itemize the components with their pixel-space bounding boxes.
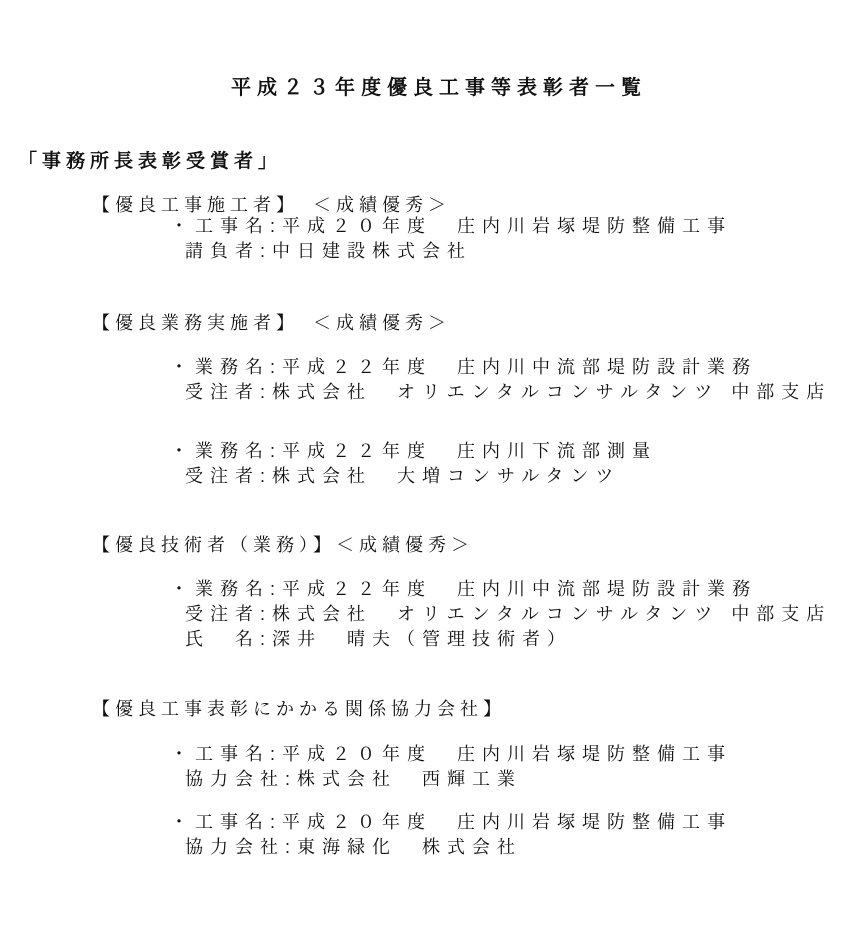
entry-line: 受注者:株式会社 オリエンタルコンサルタンツ 中部支店 — [170, 602, 831, 627]
document-subtitle: 「事務所長表彰受賞者」 — [18, 146, 282, 173]
entry-line: ・工事名:平成２０年度 庄内川岩塚堤防整備工事 — [170, 810, 732, 835]
entry-line: ・工事名:平成２０年度 庄内川岩塚堤防整備工事 — [170, 214, 732, 239]
entry-line: ・業務名:平成２２年度 庄内川中流部堤防設計業務 — [170, 577, 831, 602]
entry-line: 協力会社:株式会社 西輝工業 — [170, 767, 732, 792]
award-entry: ・工事名:平成２０年度 庄内川岩塚堤防整備工事 協力会社:株式会社 西輝工業 — [170, 742, 732, 792]
award-entry: ・業務名:平成２２年度 庄内川中流部堤防設計業務 受注者:株式会社 オリエンタル… — [170, 355, 831, 405]
entry-line: ・工事名:平成２０年度 庄内川岩塚堤防整備工事 — [170, 742, 732, 767]
section-heading-excellent-engineer: 【優良技術者（業務）】＜成績優秀＞ — [92, 531, 474, 557]
award-entry: ・工事名:平成２０年度 庄内川岩塚堤防整備工事 協力会社:東海緑化 株式会社 — [170, 810, 732, 860]
document-page: 平成２３年度優良工事等表彰者一覧 「事務所長表彰受賞者」 【優良工事施工者】 ＜… — [0, 0, 850, 932]
entry-line: 協力会社:東海緑化 株式会社 — [170, 835, 732, 860]
page-title: 平成２３年度優良工事等表彰者一覧 — [0, 71, 850, 100]
award-entry: ・工事名:平成２０年度 庄内川岩塚堤防整備工事 請負者:中日建設株式会社 — [170, 214, 732, 264]
entry-line: ・業務名:平成２２年度 庄内川中流部堤防設計業務 — [170, 355, 831, 380]
section-heading-partner-companies: 【優良工事表彰にかかる関係協力会社】 — [92, 695, 506, 721]
section-heading-excellent-service-provider: 【優良業務実施者】 ＜成績優秀＞ — [92, 309, 451, 335]
entry-line: 受注者:株式会社 オリエンタルコンサルタンツ 中部支店 — [170, 380, 831, 405]
entry-line: 請負者:中日建設株式会社 — [170, 239, 732, 264]
entry-line: 氏 名:深井 晴夫（管理技術者） — [170, 627, 831, 652]
entry-line: 受注者:株式会社 大増コンサルタンツ — [170, 464, 657, 489]
entry-line: ・業務名:平成２２年度 庄内川下流部測量 — [170, 439, 657, 464]
award-entry: ・業務名:平成２２年度 庄内川中流部堤防設計業務 受注者:株式会社 オリエンタル… — [170, 577, 831, 652]
award-entry: ・業務名:平成２２年度 庄内川下流部測量 受注者:株式会社 大増コンサルタンツ — [170, 439, 657, 489]
